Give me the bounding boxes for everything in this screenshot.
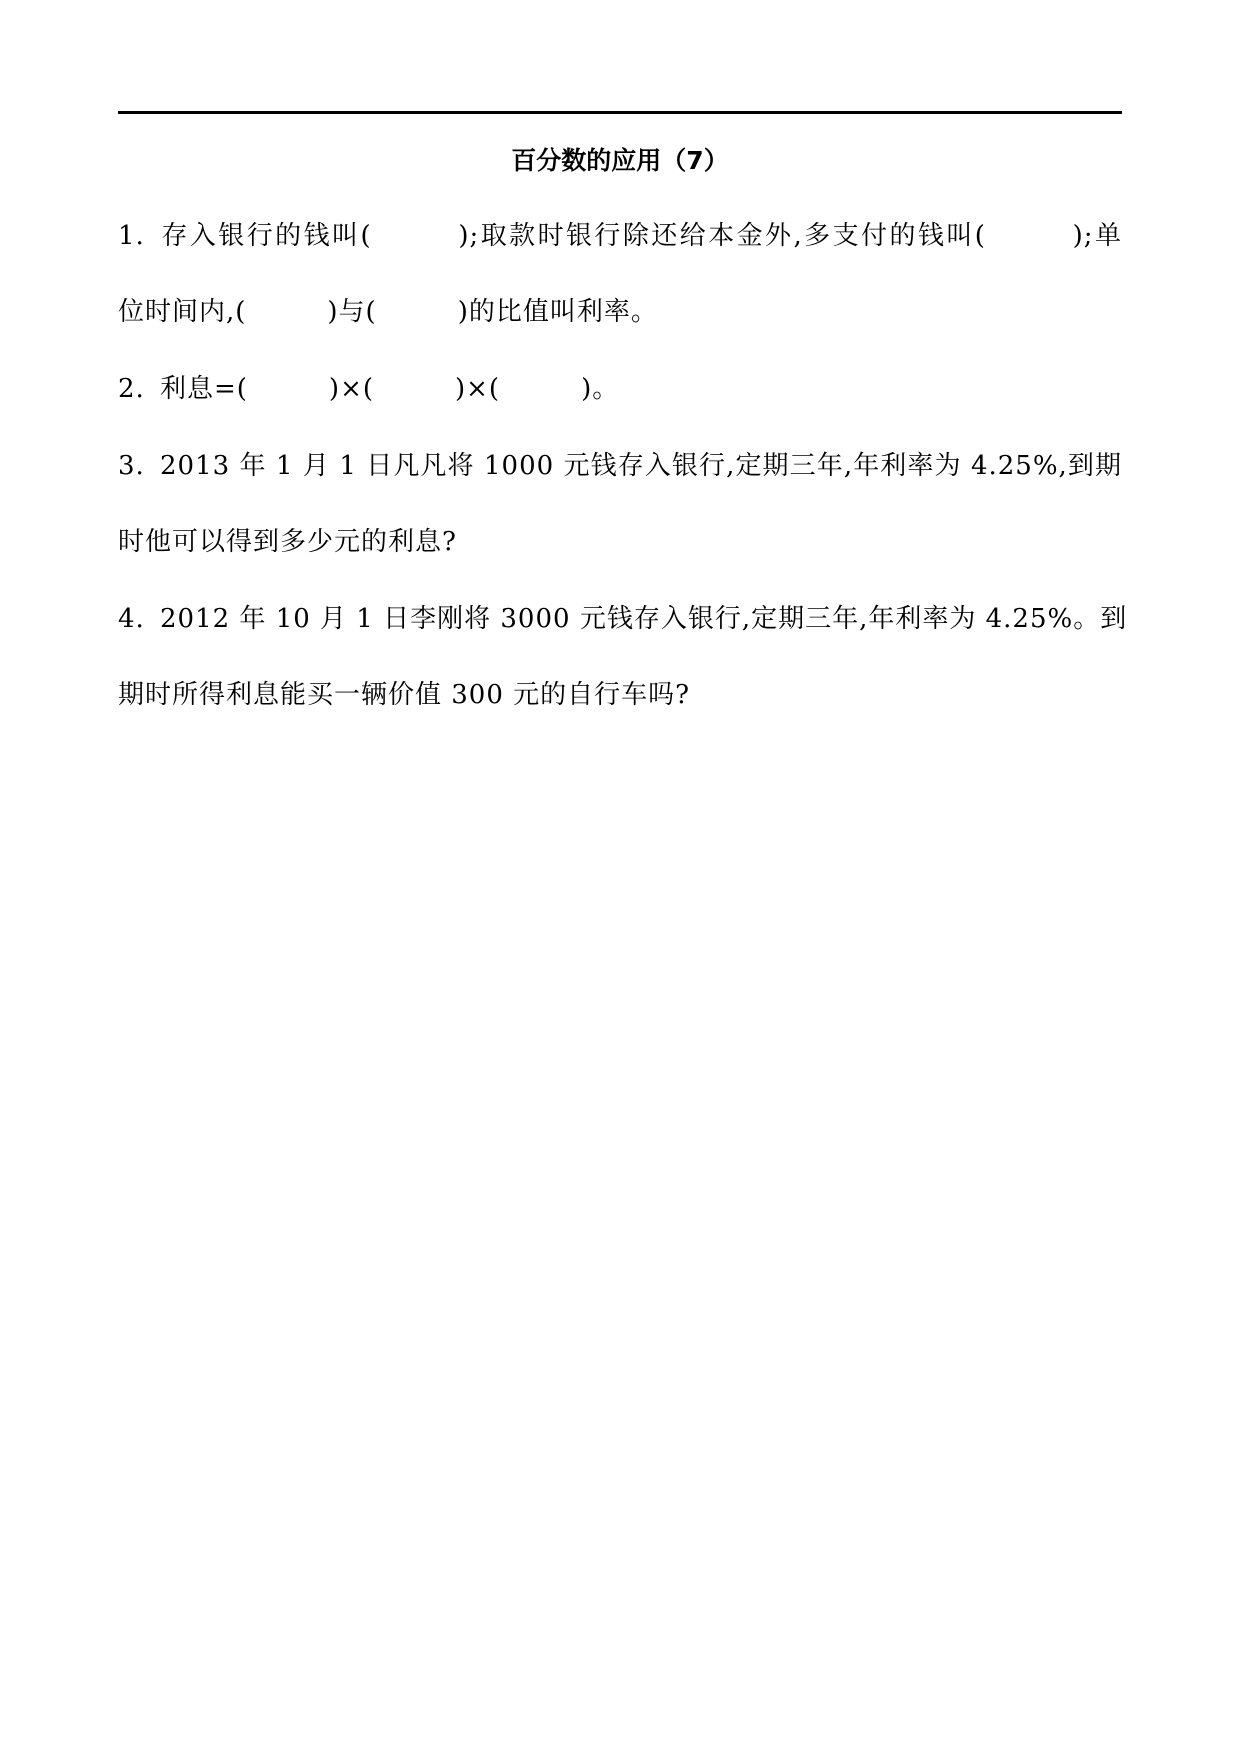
question-number: 4. xyxy=(118,581,160,657)
question-text: 利息=( )×( )×( )。 xyxy=(160,374,619,404)
question-4-line-2: 期时所得利息能买一辆价值 300 元的自行车吗? xyxy=(118,657,1122,733)
question-number: 3. xyxy=(118,428,160,504)
question-2: 2.利息=( )×( )×( )。 xyxy=(118,351,1122,427)
question-number: 1. xyxy=(118,198,160,274)
question-4-line-1: 4.2012 年 10 月 1 日李刚将 3000 元钱存入银行,定期三年,年利… xyxy=(118,581,1122,657)
question-text: 存入银行的钱叫( );取款时银行除还给本金外,多支付的钱叫( );单 xyxy=(160,221,1122,251)
question-1-line-2: 位时间内,( )与( )的比值叫利率。 xyxy=(118,274,1122,350)
question-1-line-1: 1.存入银行的钱叫( );取款时银行除还给本金外,多支付的钱叫( );单 xyxy=(118,198,1122,274)
question-3: 3.2013 年 1 月 1 日凡凡将 1000 元钱存入银行,定期三年,年利率… xyxy=(118,428,1122,580)
question-4: 4.2012 年 10 月 1 日李刚将 3000 元钱存入银行,定期三年,年利… xyxy=(118,581,1122,733)
question-3-line-2: 时他可以得到多少元的利息? xyxy=(118,504,1122,580)
question-3-line-1: 3.2013 年 1 月 1 日凡凡将 1000 元钱存入银行,定期三年,年利率… xyxy=(118,428,1122,504)
question-2-line-1: 2.利息=( )×( )×( )。 xyxy=(118,351,1122,427)
page-title: 百分数的应用（7） xyxy=(118,143,1122,179)
question-text: 2013 年 1 月 1 日凡凡将 1000 元钱存入银行,定期三年,年利率为 … xyxy=(160,451,1122,481)
header-rule xyxy=(118,111,1122,114)
question-text: 2012 年 10 月 1 日李刚将 3000 元钱存入银行,定期三年,年利率为… xyxy=(160,604,1127,634)
question-number: 2. xyxy=(118,351,160,427)
question-1: 1.存入银行的钱叫( );取款时银行除还给本金外,多支付的钱叫( );单 位时间… xyxy=(118,198,1122,350)
